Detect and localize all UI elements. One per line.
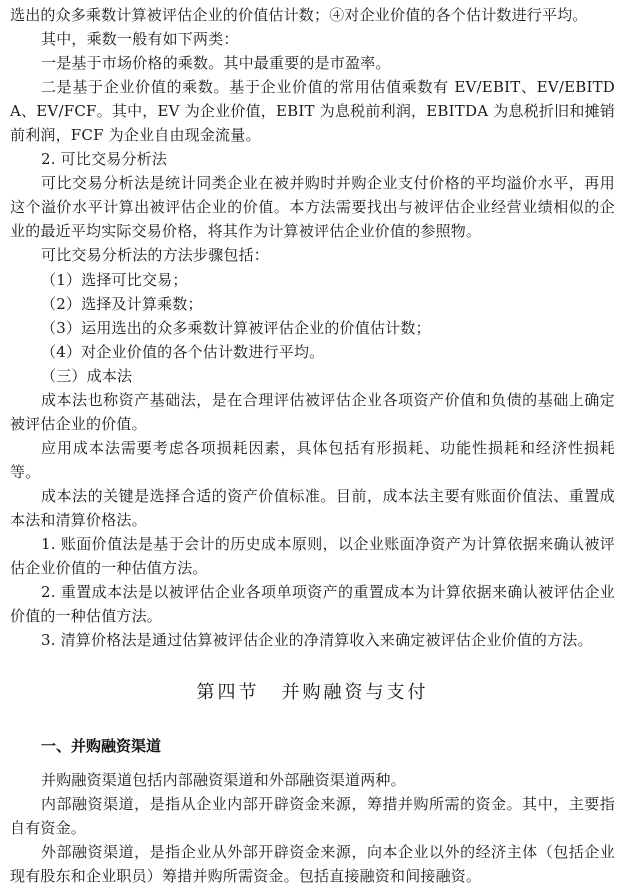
paragraph: 成本法也称资产基础法，是在合理评估被评估企业各项资产价值和负债的基础上确定被评估… — [10, 388, 615, 436]
subheading: 一、并购融资渠道 — [41, 734, 161, 758]
section-number: 第四节 — [197, 682, 260, 703]
paragraph: 一是基于市场价格的乘数。其中最重要的是市盈率。 — [10, 51, 615, 75]
section-title: 并购融资与支付 — [282, 682, 429, 703]
list-item: （4）对企业价值的各个估计数进行平均。 — [10, 340, 615, 364]
numbered-heading: 2. 可比交易分析法 — [10, 147, 615, 171]
section-heading: 第四节并购融资与支付 — [0, 680, 625, 706]
body-section-valuation: 选出的众多乘数计算被评估企业的价值估计数；④对企业价值的各个估计数进行平均。 其… — [10, 3, 615, 652]
paragraph: 二是基于企业价值的乘数。基于企业价值的常用估值乘数有 EV/EBIT、EV/EB… — [10, 75, 615, 147]
list-item: （3）运用选出的众多乘数计算被评估企业的价值估计数； — [10, 316, 615, 340]
list-item: （1）选择可比交易； — [10, 268, 615, 292]
list-item: （2）选择及计算乘数； — [10, 292, 615, 316]
paragraph: 2. 重置成本法是以被评估企业各项单项资产的重置成本为计算依据来确认被评估企业价… — [10, 580, 615, 628]
numbered-heading: （三）成本法 — [10, 364, 615, 388]
body-section-financing: 并购融资渠道包括内部融资渠道和外部融资渠道两种。 内部融资渠道，是指从企业内部开… — [10, 768, 615, 888]
paragraph: 并购融资渠道包括内部融资渠道和外部融资渠道两种。 — [10, 768, 615, 792]
paragraph: 应用成本法需要考虑各项损耗因素，具体包括有形损耗、功能性损耗和经济性损耗等。 — [10, 436, 615, 484]
paragraph: 外部融资渠道，是指企业从外部开辟资金来源，向本企业以外的经济主体（包括企业现有股… — [10, 840, 615, 888]
document-page: 选出的众多乘数计算被评估企业的价值估计数；④对企业价值的各个估计数进行平均。 其… — [0, 0, 625, 894]
paragraph: 选出的众多乘数计算被评估企业的价值估计数；④对企业价值的各个估计数进行平均。 — [10, 3, 615, 27]
paragraph: 内部融资渠道，是指从企业内部开辟资金来源，筹措并购所需的资金。其中，主要指自有资… — [10, 792, 615, 840]
paragraph: 成本法的关键是选择合适的资产价值标准。目前，成本法主要有账面价值法、重置成本法和… — [10, 484, 615, 532]
paragraph: 1. 账面价值法是基于会计的历史成本原则，以企业账面净资产为计算依据来确认被评估… — [10, 532, 615, 580]
paragraph: 可比交易分析法的方法步骤包括： — [10, 243, 615, 267]
paragraph: 3. 清算价格法是通过估算被评估企业的净清算收入来确定被评估企业价值的方法。 — [10, 628, 615, 652]
paragraph: 可比交易分析法是统计同类企业在被并购时并购企业支付价格的平均溢价水平，再用这个溢… — [10, 171, 615, 243]
paragraph: 其中，乘数一般有如下两类： — [10, 27, 615, 51]
